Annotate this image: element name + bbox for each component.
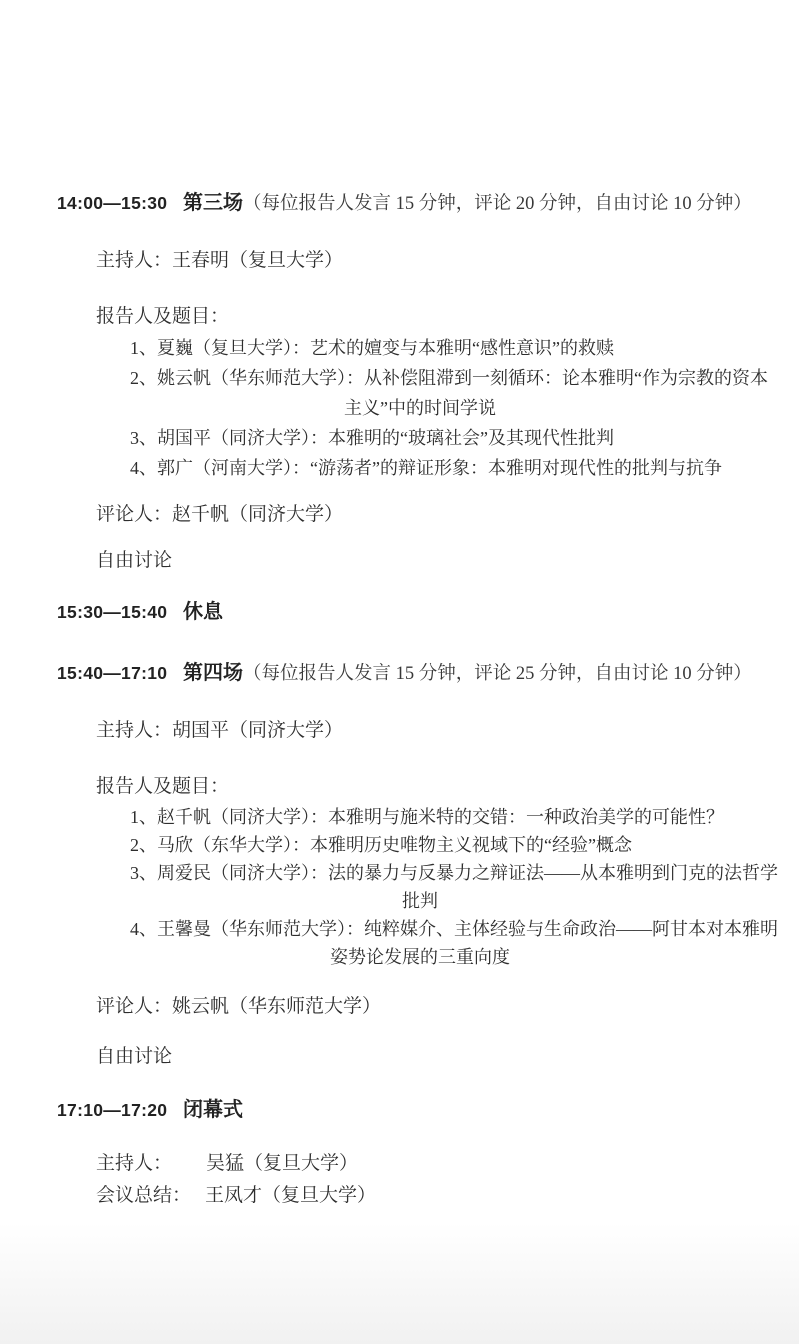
speaker-title: 姚云帆（华东师范大学）：从补偿阻滞到一刻循环：论本雅明“作为宗教的资本	[157, 368, 768, 388]
closing-host-name: 吴猛（复旦大学）	[206, 1153, 358, 1174]
session3-host: 主持人：王春明（复旦大学）	[96, 249, 799, 273]
speaker-item: 2、姚云帆（华东师范大学）：从补偿阻滞到一刻循环：论本雅明“作为宗教的资本	[130, 363, 799, 393]
speaker-number: 3、	[130, 863, 157, 883]
session4-commenter: 评论人：姚云帆（华东师范大学）	[96, 995, 799, 1019]
session4-note: （每位报告人发言 15 分钟，评论 25 分钟，自由讨论 10 分钟）	[243, 664, 752, 684]
speaker-number: 2、	[130, 368, 157, 388]
closing-summary-label: 会议总结：	[96, 1185, 191, 1206]
session4-time: 15:40—17:10	[57, 660, 183, 686]
speaker-number: 4、	[130, 458, 157, 478]
session3-note: （每位报告人发言 15 分钟，评论 20 分钟，自由讨论 10 分钟）	[243, 194, 752, 214]
closing-header: 17:10—17:20闭幕式	[0, 1097, 799, 1124]
closing-time: 17:10—17:20	[57, 1097, 183, 1123]
session3-speakers-label: 报告人及题目：	[96, 305, 799, 329]
closing-session: 17:10—17:20闭幕式 主持人：吴猛（复旦大学） 会议总结：王凤才（复旦大…	[0, 1097, 799, 1208]
speaker-title: 王馨曼（华东师范大学）：纯粹媒介、主体经验与生命政治——阿甘本对本雅明	[157, 919, 778, 939]
session4-speaker-list: 1、赵千帆（同济大学）：本雅明与施米特的交错：一种政治美学的可能性？ 2、马欣（…	[0, 803, 799, 971]
closing-summary-name: 王凤才（复旦大学）	[205, 1185, 376, 1206]
session3-free-discussion: 自由讨论	[96, 549, 799, 573]
speaker-title: 周爱民（同济大学）：法的暴力与反暴力之辩证法——从本雅明到门克的法哲学	[157, 863, 778, 883]
speaker-title: 夏巍（复旦大学）：艺术的嬗变与本雅明“感性意识”的救赎	[157, 338, 614, 358]
speaker-title-continuation: 姿势论发展的三重向度	[100, 943, 740, 971]
speaker-item: 4、郭广（河南大学）：“游荡者”的辩证形象：本雅明对现代性的批判与抗争	[130, 453, 799, 483]
closing-title: 闭幕式	[183, 1099, 243, 1121]
speaker-title: 郭广（河南大学）：“游荡者”的辩证形象：本雅明对现代性的批判与抗争	[157, 458, 722, 478]
closing-host-label: 主持人：	[96, 1153, 172, 1174]
speaker-item: 1、赵千帆（同济大学）：本雅明与施米特的交错：一种政治美学的可能性？	[130, 803, 799, 831]
speaker-item: 4、王馨曼（华东师范大学）：纯粹媒介、主体经验与生命政治——阿甘本对本雅明	[130, 915, 799, 943]
session4-free-discussion: 自由讨论	[96, 1045, 799, 1069]
session3-title: 第三场	[183, 192, 243, 214]
conference-schedule-page: 14:00—15:30第三场（每位报告人发言 15 分钟，评论 20 分钟，自由…	[0, 0, 799, 1344]
session3-speaker-list: 1、夏巍（复旦大学）：艺术的嬗变与本雅明“感性意识”的救赎 2、姚云帆（华东师范…	[0, 333, 799, 483]
speaker-title: 赵千帆（同济大学）：本雅明与施米特的交错：一种政治美学的可能性？	[157, 807, 724, 827]
speaker-title-continuation: 批判	[100, 887, 740, 915]
speaker-item: 3、胡国平（同济大学）：本雅明的“玻璃社会”及其现代性批判	[130, 423, 799, 453]
speaker-title: 马欣（东华大学）：本雅明历史唯物主义视域下的“经验”概念	[157, 835, 632, 855]
session3-time: 14:00—15:30	[57, 190, 183, 216]
break-header: 15:30—15:40休息	[0, 599, 799, 626]
break-time: 15:30—15:40	[57, 599, 183, 625]
session4-header: 15:40—17:10第四场（每位报告人发言 15 分钟，评论 25 分钟，自由…	[0, 660, 799, 687]
closing-summary: 会议总结：王凤才（复旦大学）	[96, 1184, 799, 1208]
session4-title: 第四场	[183, 662, 243, 684]
closing-host: 主持人：吴猛（复旦大学）	[96, 1152, 799, 1176]
speaker-number: 1、	[130, 807, 157, 827]
session3-header: 14:00—15:30第三场（每位报告人发言 15 分钟，评论 20 分钟，自由…	[0, 190, 799, 217]
speaker-number: 4、	[130, 919, 157, 939]
session4-speakers-label: 报告人及题目：	[96, 775, 799, 799]
session-3: 14:00—15:30第三场（每位报告人发言 15 分钟，评论 20 分钟，自由…	[0, 190, 799, 573]
session3-commenter: 评论人：赵千帆（同济大学）	[96, 503, 799, 527]
break-title: 休息	[183, 601, 223, 623]
break-session: 15:30—15:40休息	[0, 599, 799, 626]
speaker-number: 3、	[130, 428, 157, 448]
speaker-title-continuation: 主义”中的时间学说	[100, 393, 740, 423]
session-4: 15:40—17:10第四场（每位报告人发言 15 分钟，评论 25 分钟，自由…	[0, 660, 799, 1069]
speaker-item: 2、马欣（东华大学）：本雅明历史唯物主义视域下的“经验”概念	[130, 831, 799, 859]
speaker-number: 2、	[130, 835, 157, 855]
speaker-title: 胡国平（同济大学）：本雅明的“玻璃社会”及其现代性批判	[157, 428, 614, 448]
speaker-number: 1、	[130, 338, 157, 358]
speaker-item: 3、周爱民（同济大学）：法的暴力与反暴力之辩证法——从本雅明到门克的法哲学	[130, 859, 799, 887]
speaker-item: 1、夏巍（复旦大学）：艺术的嬗变与本雅明“感性意识”的救赎	[130, 333, 799, 363]
session4-host: 主持人：胡国平（同济大学）	[96, 719, 799, 743]
